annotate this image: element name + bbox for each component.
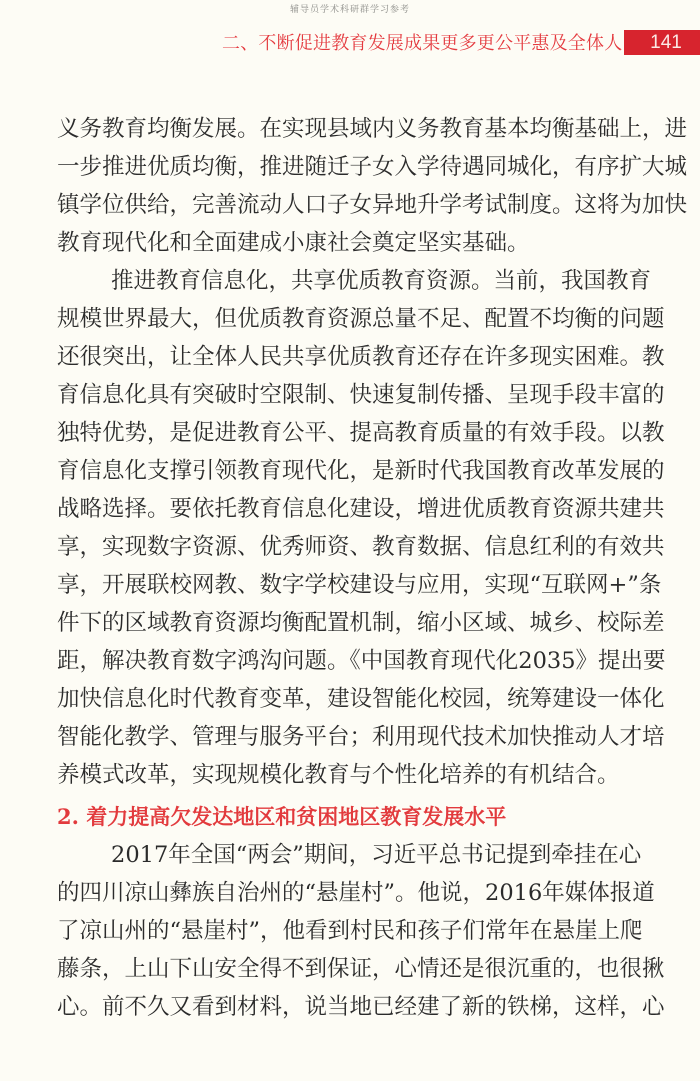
paragraph-2-line: 战略选择。要依托教育信息化建设，增进优质教育资源共建共 bbox=[57, 495, 602, 523]
paragraph-2-line: 享，开展联校网教、数字学校建设与应用，实现“互联网+”条 bbox=[57, 571, 602, 599]
watermark: 辅导员学术科研群学习参考 bbox=[0, 2, 700, 15]
running-head-title: 二、不断促进教育发展成果更多更公平惠及全体人民 bbox=[222, 33, 600, 55]
paragraph-1-line: 教育现代化和全面建成小康社会奠定坚实基础。 bbox=[57, 229, 602, 257]
paragraph-3-line: 2017年全国“两会”期间，习近平总书记提到牵挂在心 bbox=[57, 841, 602, 869]
paragraph-3-line: 心。前不久又看到材料，说当地已经建了新的铁梯，这样，心 bbox=[57, 993, 602, 1021]
paragraph-2-line: 规模世界最大，但优质教育资源总量不足、配置不均衡的问题 bbox=[57, 305, 602, 333]
paragraph-1-line: 一步推进优质均衡，推进随迁子女入学待遇同城化，有序扩大城 bbox=[57, 153, 602, 181]
paragraph-2-line: 件下的区域教育资源均衡配置机制，缩小区域、城乡、校际差 bbox=[57, 609, 602, 637]
paragraph-2-line: 推进教育信息化，共享优质教育资源。当前，我国教育 bbox=[57, 267, 602, 295]
paragraph-2-line: 享，实现数字资源、优秀师资、教育数据、信息红利的有效共 bbox=[57, 533, 602, 561]
paragraph-1-line: 镇学位供给，完善流动人口子女异地升学考试制度。这将为加快 bbox=[57, 191, 602, 219]
paragraph-3-line: 藤条，上山下山安全得不到保证，心情还是很沉重的，也很揪 bbox=[57, 955, 602, 983]
paragraph-2-line: 距，解决教育数字鸿沟问题。《中国教育现代化2035》提出要 bbox=[57, 647, 602, 675]
paragraph-2-line: 育信息化具有突破时空限制、快速复制传播、呈现手段丰富的 bbox=[57, 381, 602, 409]
page-number: 141 bbox=[624, 30, 700, 55]
paragraph-2-line: 还很突出，让全体人民共享优质教育还存在许多现实困难。教 bbox=[57, 343, 602, 371]
paragraph-3-line: 了凉山州的“悬崖村”，他看到村民和孩子们常年在悬崖上爬 bbox=[57, 917, 602, 945]
paragraph-2-line: 育信息化支撑引领教育现代化，是新时代我国教育改革发展的 bbox=[57, 457, 602, 485]
paragraph-2-line: 养模式改革，实现规模化教育与个性化培养的有机结合。 bbox=[57, 761, 602, 789]
section-heading: 2. 着力提高欠发达地区和贫困地区教育发展水平 bbox=[57, 803, 602, 831]
paragraph-3-line: 的四川凉山彝族自治州的“悬崖村”。他说，2016年媒体报道 bbox=[57, 879, 602, 907]
paragraph-1-line: 义务教育均衡发展。在实现县域内义务教育基本均衡基础上，进 bbox=[57, 115, 602, 143]
paragraph-2-line: 智能化教学、管理与服务平台；利用现代技术加快推动人才培 bbox=[57, 723, 602, 751]
paragraph-2-line: 独特优势，是促进教育公平、提高教育质量的有效手段。以教 bbox=[57, 419, 602, 447]
paragraph-2-line: 加快信息化时代教育变革，建设智能化校园，统筹建设一体化 bbox=[57, 685, 602, 713]
